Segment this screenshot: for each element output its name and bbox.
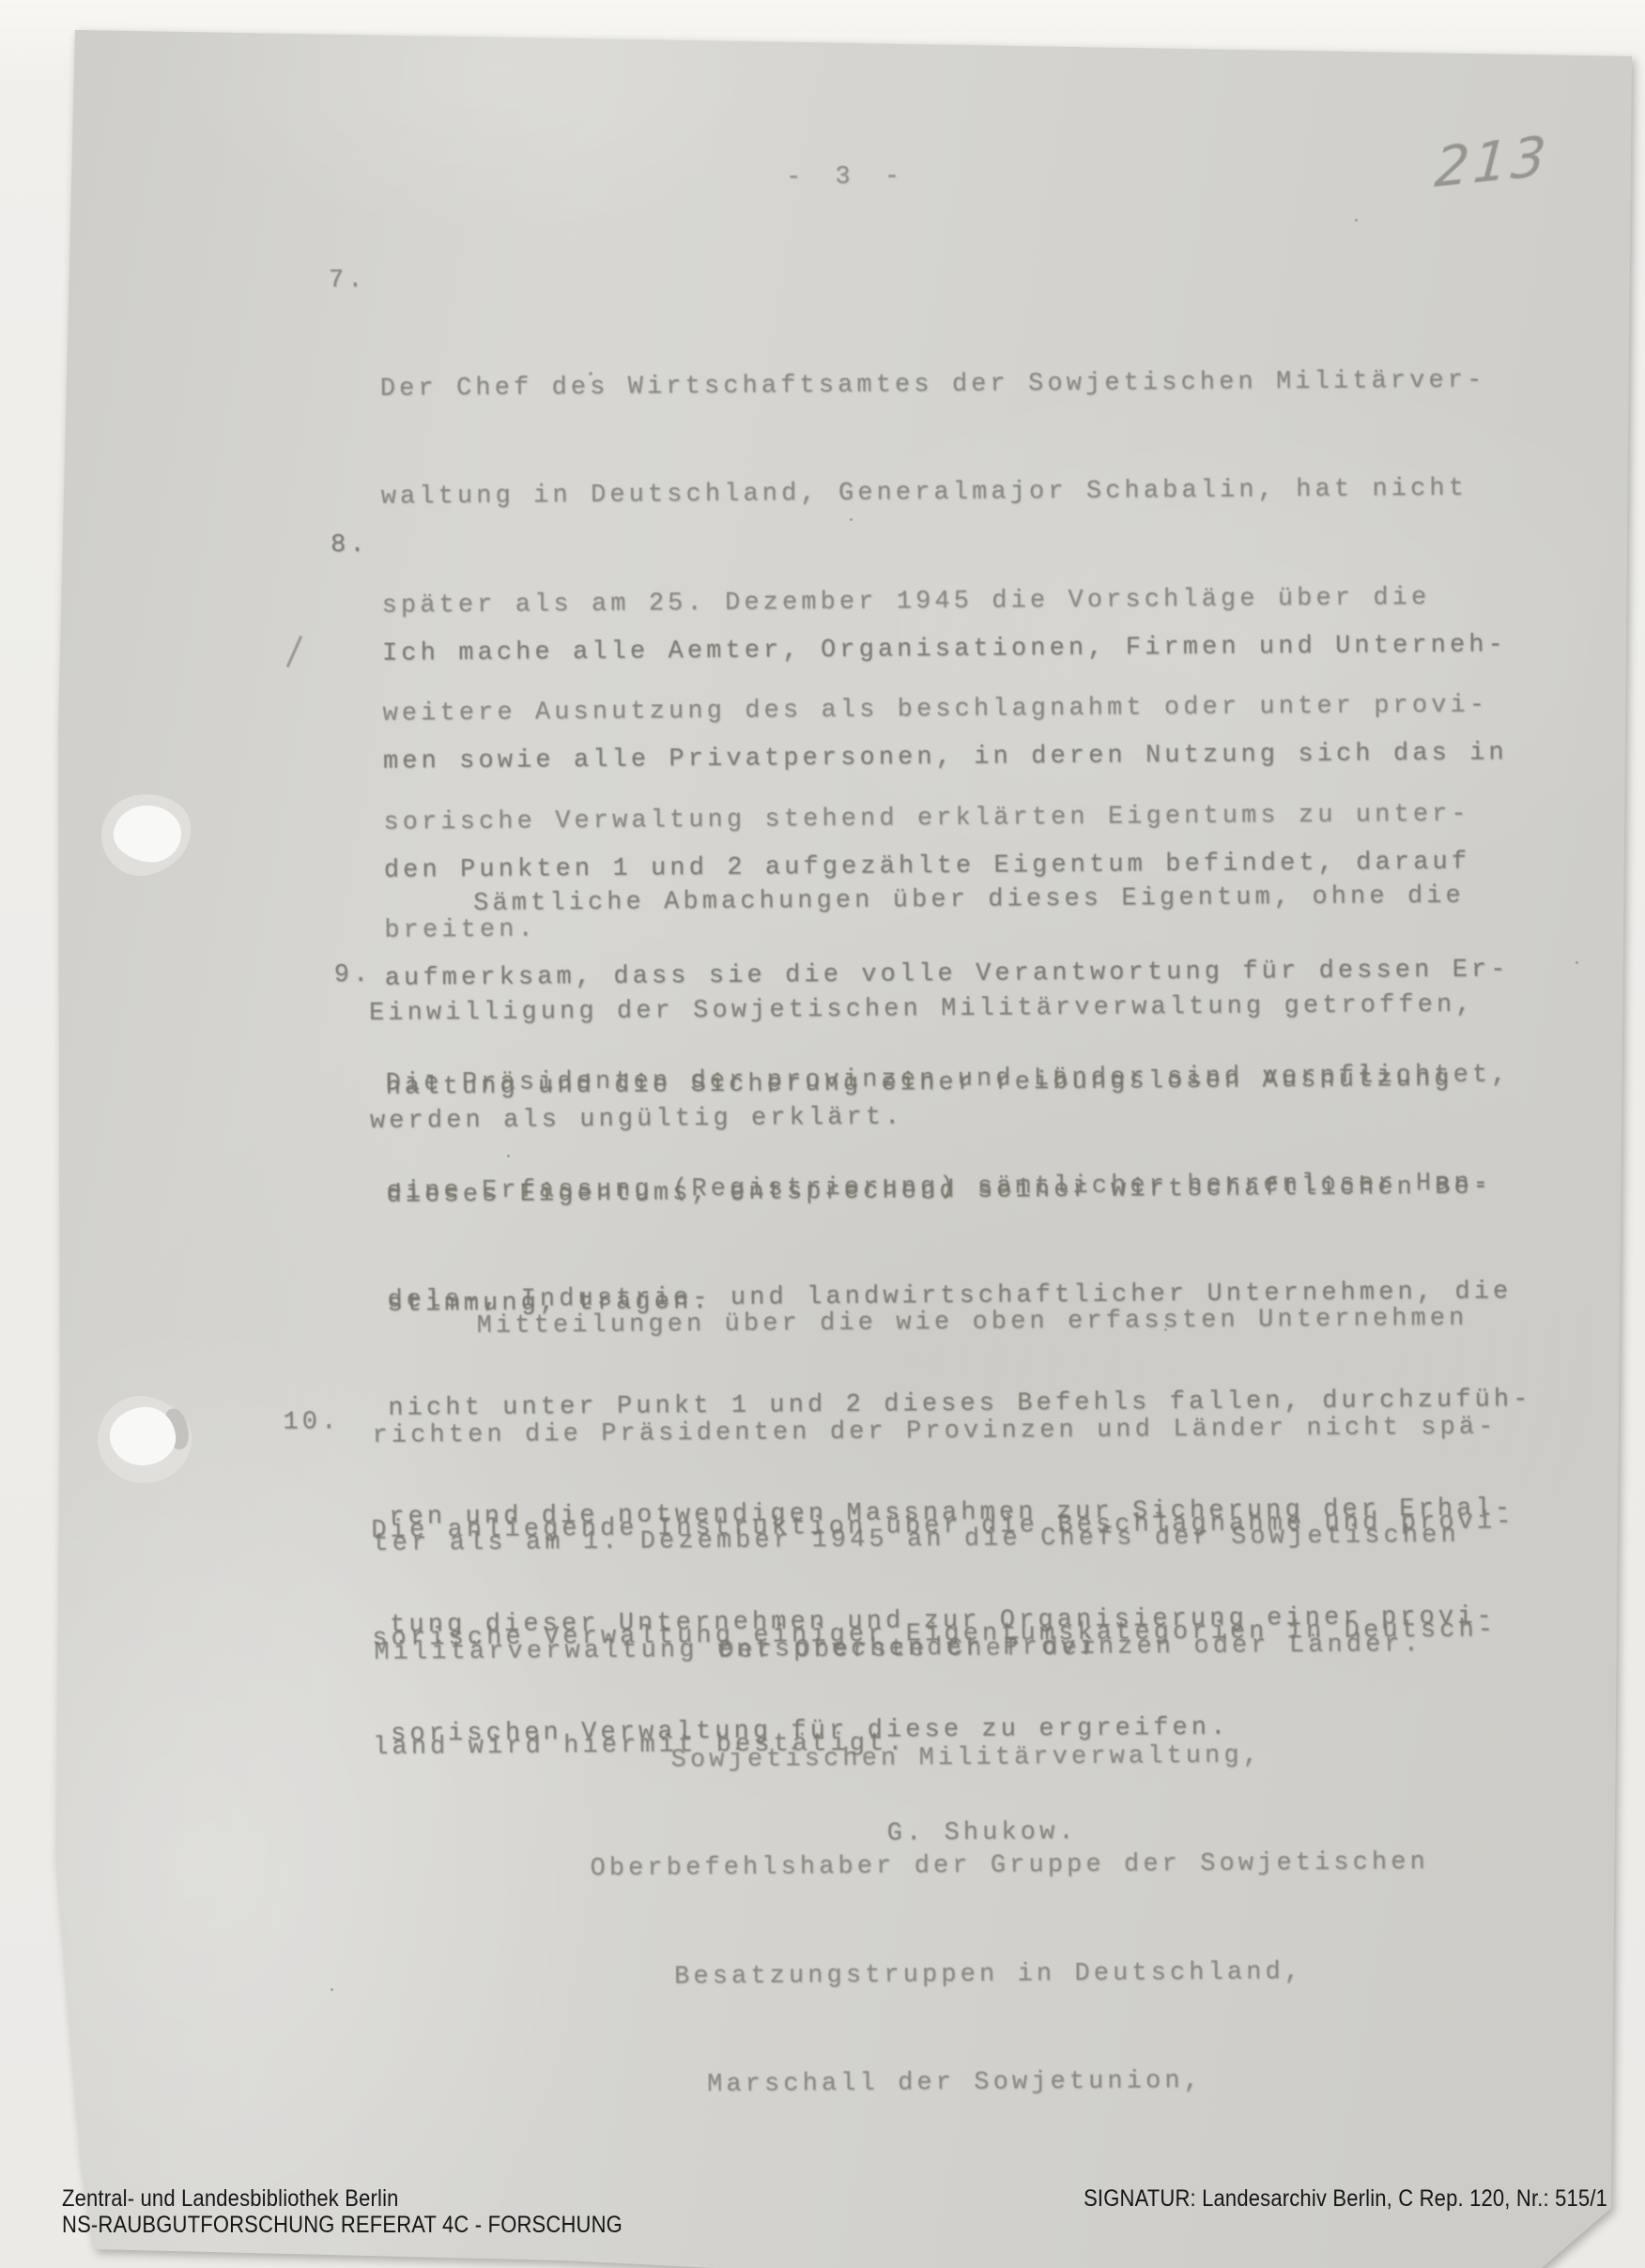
typed-line: Der Chef des Wirtschaftsamtes der Sowjet… <box>380 362 1486 407</box>
paragraph-number: 7. <box>329 263 367 299</box>
paper-speck <box>589 372 592 375</box>
paragraph-number: 9. <box>334 958 373 994</box>
paper-speck <box>1355 219 1358 222</box>
paper-speck <box>850 518 853 521</box>
signature-title-line: Besatzungstruppen in Deutschland, <box>515 1953 1463 1996</box>
typed-line: men sowie alle Privatpersonen, in deren … <box>383 735 1508 780</box>
document-paper: - 3 - 7. Der Chef des Wirtschaftsamtes d… <box>0 0 1645 2268</box>
paper-speck <box>331 1988 333 1991</box>
archive-signature-label: SIGNATUR: Landesarchiv Berlin, C Rep. 12… <box>1084 2185 1607 2213</box>
scanned-document-page: { "doc": { "page_header": "- 3 -", "hand… <box>0 0 1645 2268</box>
signature-title-line: Der Oberste Chef der <box>435 1628 1383 1671</box>
signature-name: G. Shukow. <box>492 1775 1441 1891</box>
library-name: Zentral- und Landesbibliothek Berlin <box>62 2185 623 2212</box>
typed-line: waltung in Deutschland, Generalmajor Sch… <box>381 470 1487 515</box>
paper-speck <box>507 1155 510 1157</box>
paper-speck <box>51 2236 58 2243</box>
typed-line: eine Erfassung (Registrierung) sämtliche… <box>386 1165 1530 1210</box>
paper-speck <box>1576 961 1578 964</box>
paper-shadow: - 3 - 7. Der Chef des Wirtschaftsamtes d… <box>0 0 1645 2268</box>
library-department: NS-RAUBGUTFORSCHUNG REFERAT 4C - FORSCHU… <box>62 2212 623 2238</box>
library-provenance-stamp: Zentral- und Landesbibliothek Berlin NS-… <box>62 2185 623 2238</box>
signature-title-line: Marschall der Sowjetunion, <box>481 2061 1429 2105</box>
signature-title-line: Sowjetischen Militärverwaltung, <box>492 1736 1440 1779</box>
paragraph-number: 8. <box>331 528 369 564</box>
paper-speck <box>1164 1328 1167 1331</box>
typed-line: Die anliegende Instruktion über die Besc… <box>371 1504 1514 1549</box>
typed-line: Mitteilungen über die wie oben erfassten… <box>372 1300 1497 1345</box>
typed-line: Die Präsidenten der provinzen und Länder… <box>385 1057 1529 1102</box>
typed-line: Sämtliche Abmachungen über dieses Eigent… <box>368 879 1474 924</box>
typewritten-text-layer: - 3 - 7. Der Chef des Wirtschaftsamtes d… <box>0 0 1645 2268</box>
handwritten-folio-number: 213 <box>1433 123 1552 200</box>
paragraph-number: 10. <box>283 1404 340 1441</box>
typed-line: Ich mache alle Aemter, Organisationen, F… <box>382 627 1507 672</box>
page-number: - 3 - <box>786 159 909 196</box>
